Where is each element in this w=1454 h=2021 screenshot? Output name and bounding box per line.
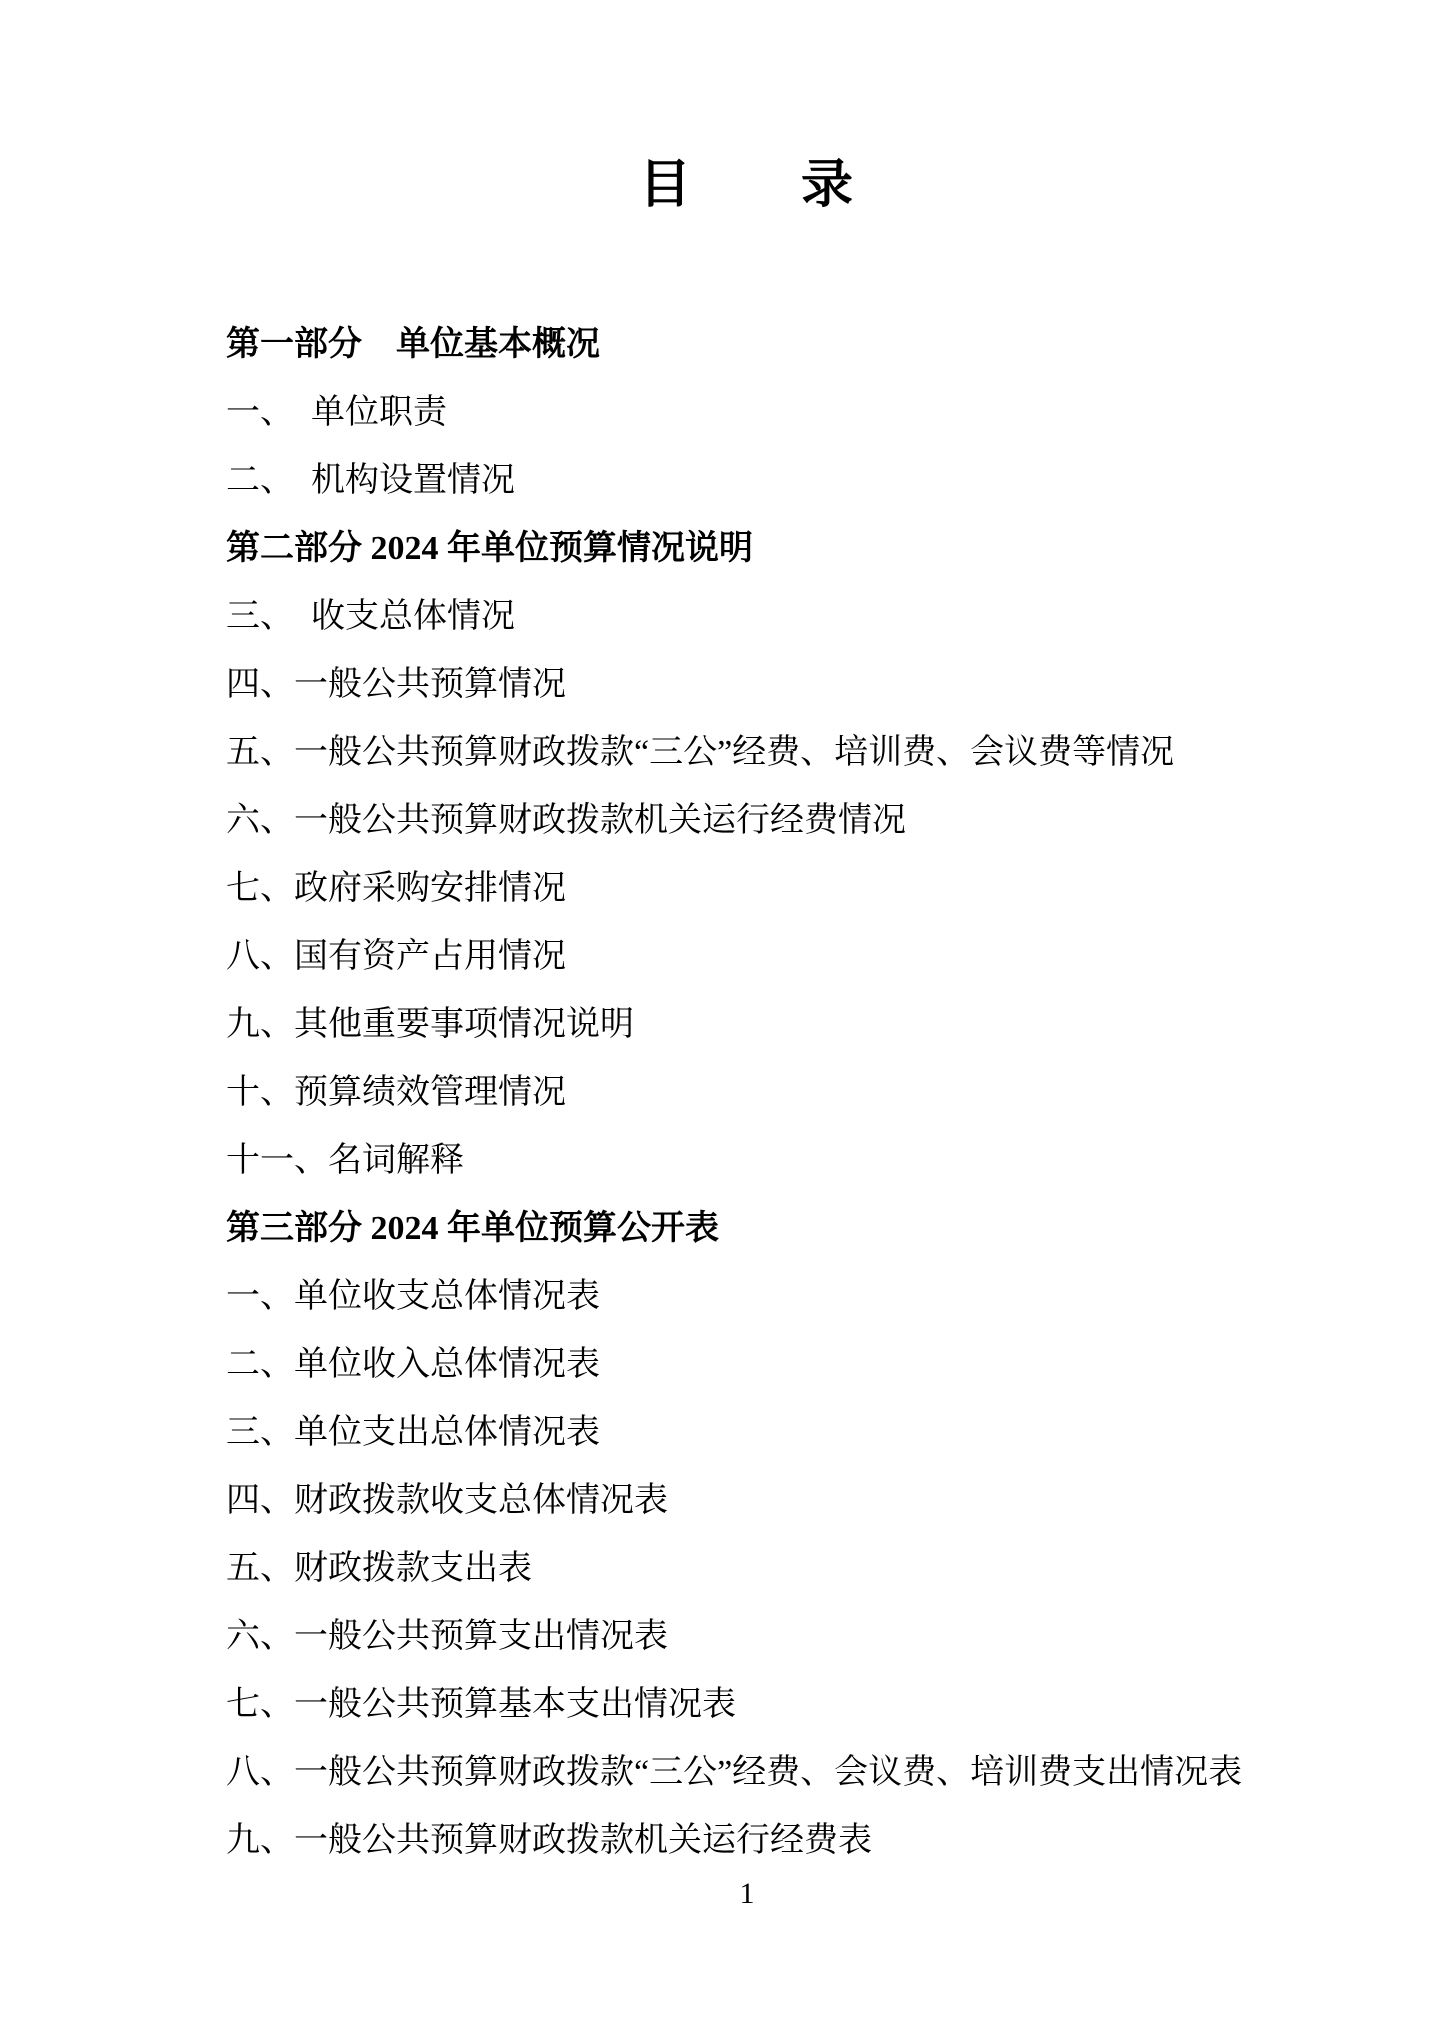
toc-entry: 九、其他重要事项情况说明 [226,991,1268,1059]
toc-entry: 七、一般公共预算基本支出情况表 [226,1671,1268,1739]
page-title: 目 录 [226,156,1268,216]
toc-entry: 十一、名词解释 [226,1127,1268,1195]
page-number: 1 [226,1874,1268,1914]
toc-entry: 五、财政拨款支出表 [226,1535,1268,1603]
table-of-contents: 第一部分 单位基本概况 一、 单位职责 二、 机构设置情况 第二部分 2024 … [226,311,1268,1875]
toc-entry: 十、预算绩效管理情况 [226,1059,1268,1127]
toc-entry: 一、 单位职责 [226,379,1268,447]
toc-entry: 二、 机构设置情况 [226,447,1268,515]
toc-entry: 四、财政拨款收支总体情况表 [226,1467,1268,1535]
toc-entry: 二、单位收入总体情况表 [226,1331,1268,1399]
toc-entry: 六、一般公共预算支出情况表 [226,1603,1268,1671]
toc-part-heading: 第三部分 2024 年单位预算公开表 [226,1195,1268,1263]
toc-entry: 六、一般公共预算财政拨款机关运行经费情况 [226,787,1268,855]
toc-entry: 五、一般公共预算财政拨款“三公”经费、培训费、会议费等情况 [226,719,1268,787]
toc-entry: 七、政府采购安排情况 [226,855,1268,923]
toc-entry: 八、国有资产占用情况 [226,923,1268,991]
toc-part-heading: 第二部分 2024 年单位预算情况说明 [226,515,1268,583]
toc-entry: 三、 收支总体情况 [226,583,1268,651]
toc-entry: 八、一般公共预算财政拨款“三公”经费、会议费、培训费支出情况表 [226,1739,1268,1807]
document-page: 目 录 第一部分 单位基本概况 一、 单位职责 二、 机构设置情况 第二部分 2… [0,0,1454,2021]
toc-part-heading: 第一部分 单位基本概况 [226,311,1268,379]
toc-entry: 九、一般公共预算财政拨款机关运行经费表 [226,1807,1268,1875]
toc-entry: 一、单位收支总体情况表 [226,1263,1268,1331]
toc-entry: 三、单位支出总体情况表 [226,1399,1268,1467]
toc-entry: 四、一般公共预算情况 [226,651,1268,719]
